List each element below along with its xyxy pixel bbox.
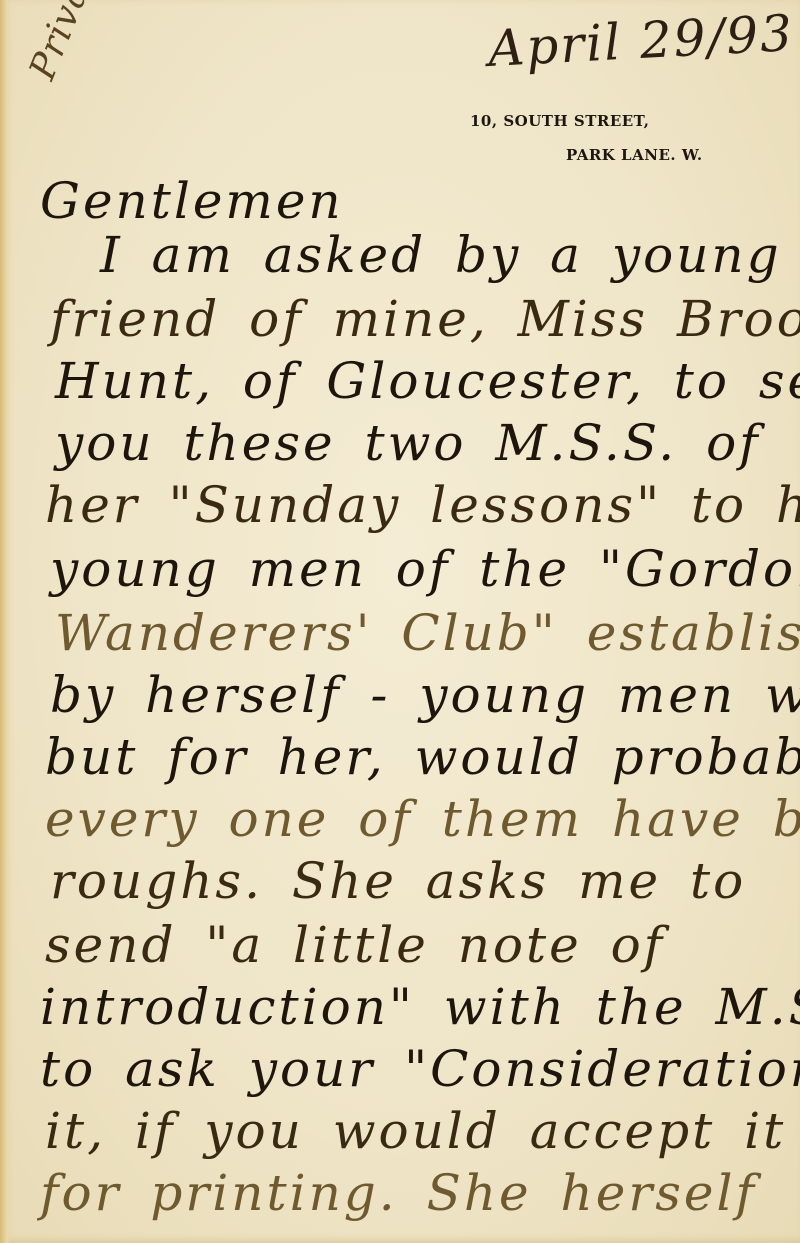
body-line: I am asked by a young — [100, 226, 782, 284]
page-edge — [0, 0, 10, 1243]
body-line: roughs. She asks me to — [50, 852, 746, 910]
body-line: send "a little note of — [45, 916, 665, 974]
body-line: but for her, would probably — [45, 728, 800, 786]
body-line: friend of mine, Miss Brooke — [50, 290, 800, 348]
body-line: by herself - young men who, — [50, 666, 800, 724]
letter-date: April 29/93 — [487, 4, 796, 78]
body-line: Hunt, of Gloucester, to send — [55, 352, 800, 410]
body-line: for printing. She herself — [40, 1164, 757, 1222]
body-line: it, if you would accept it — [45, 1102, 786, 1160]
salutation: Gentlemen — [40, 172, 344, 230]
body-line: introduction" with the M.S. — [40, 978, 800, 1036]
private-annotation: Private — [22, 0, 112, 85]
letterhead-district: PARK LANE. W. — [566, 146, 703, 164]
body-line: Wanderers' Club" established — [55, 604, 800, 662]
letter-page: Private April 29/93 10, SOUTH STREET, PA… — [0, 0, 800, 1243]
letterhead-address: 10, SOUTH STREET, PARK LANE. W. — [470, 112, 649, 130]
body-line: you these two M.S.S. of — [55, 414, 761, 472]
letterhead-street: 10, SOUTH STREET, — [470, 112, 649, 130]
body-line: her "Sunday lessons" to her — [45, 476, 800, 534]
body-line: to ask your "Consideration" for — [40, 1040, 800, 1098]
body-line: every one of them have been — [45, 790, 800, 848]
body-line: young men of the "Gordon — [50, 540, 800, 598]
